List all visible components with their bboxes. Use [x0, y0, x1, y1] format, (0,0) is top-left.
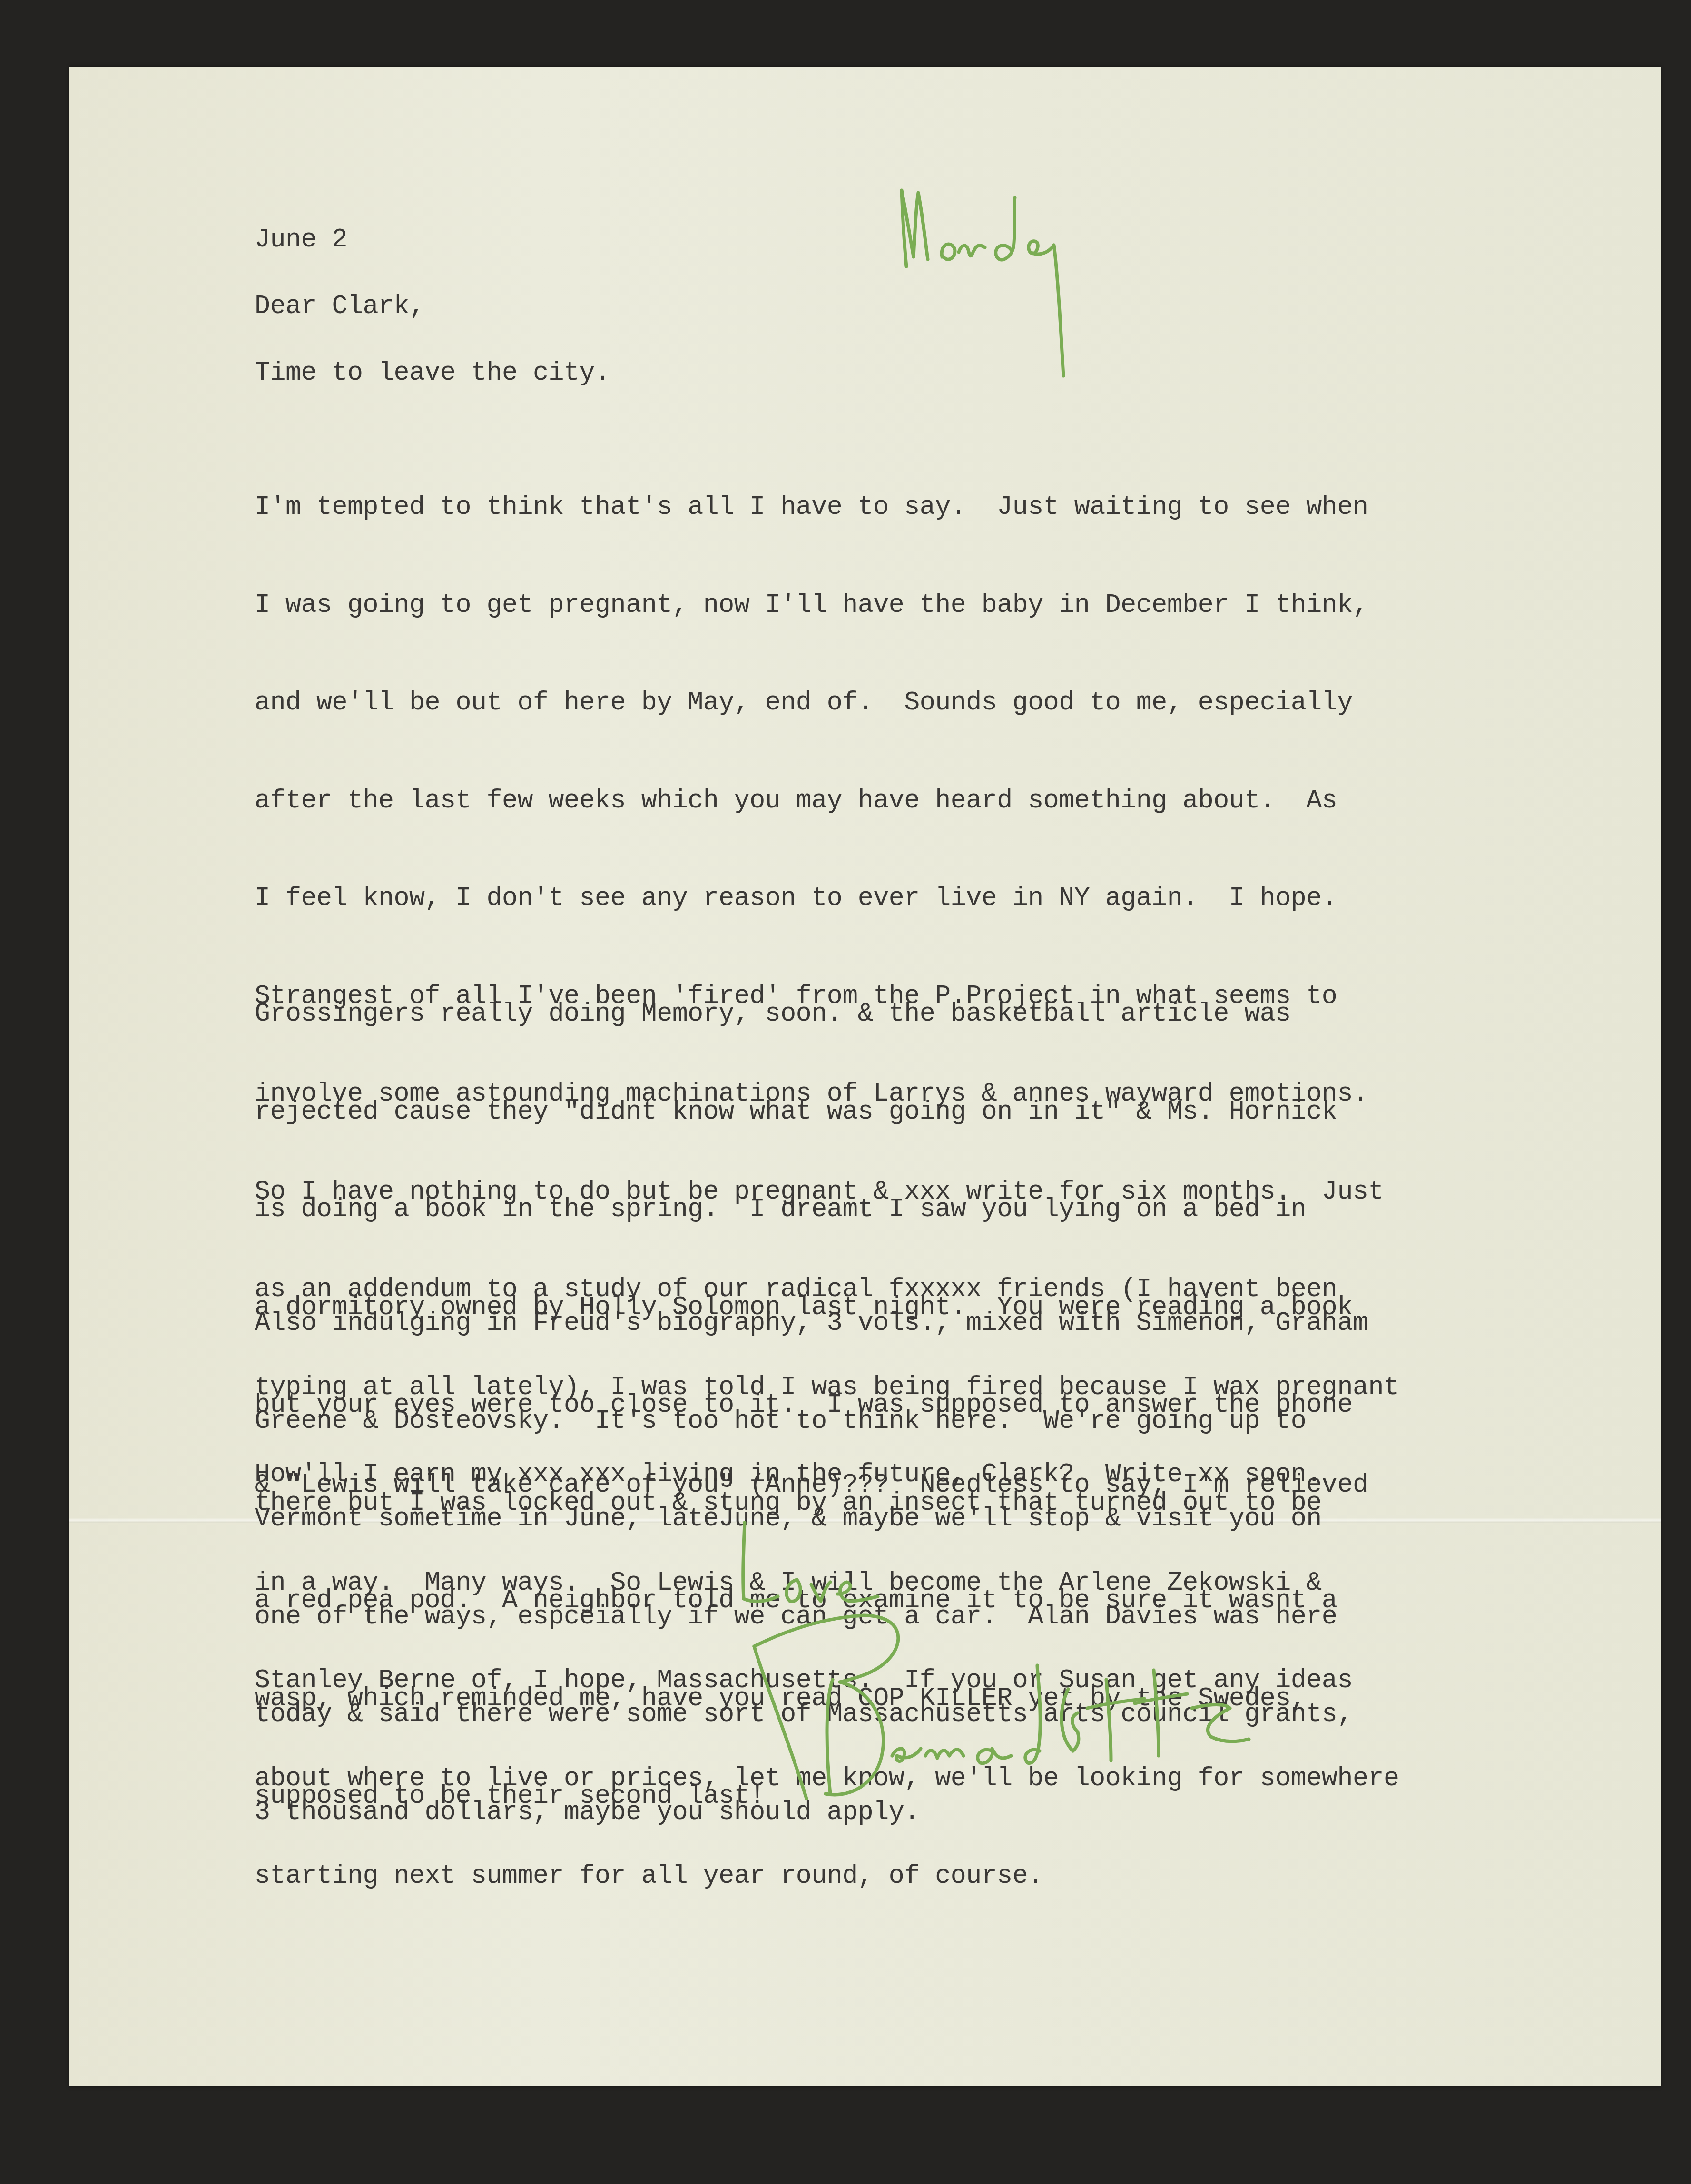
salutation: Dear Clark,	[255, 290, 425, 323]
paragraph-line: I was going to get pregnant, now I'll ha…	[255, 589, 1399, 622]
closing-line: How'll I earn my xxx xxx living in the f…	[255, 1458, 1322, 1491]
paragraph-line: Grossingers really doing Memory, soon. &…	[255, 998, 1353, 1031]
paragraph-line: Also indulging in Freud's biography, 3 v…	[255, 1307, 1368, 1340]
paragraph-line: rejected cause they "didnt know what was…	[255, 1096, 1353, 1129]
opening-line: Time to leave the city.	[255, 357, 610, 390]
paragraph-line: after the last few weeks which you may h…	[255, 785, 1399, 817]
letter-page: June 2 Monday Dear Clark, Time to leave …	[69, 67, 1661, 2086]
paragraph-line: I feel know, I don't see any reason to e…	[255, 882, 1399, 915]
paragraph-line: I'm tempted to think that's all I have t…	[255, 491, 1399, 524]
paragraph-line: and we'll be out of here by May, end of.…	[255, 687, 1399, 719]
letter-date: June 2	[255, 224, 347, 256]
handwritten-monday: Monday	[897, 186, 1278, 433]
handwritten-love: Love	[735, 1518, 1021, 1623]
paragraph-line: is doing a book in the spring. I dreamt …	[255, 1193, 1353, 1226]
paragraph-line: Greene & Dosteovsky. It's too hot to thi…	[255, 1405, 1368, 1438]
handwritten-signature-bernadette: Bernadette	[745, 1613, 1430, 1818]
